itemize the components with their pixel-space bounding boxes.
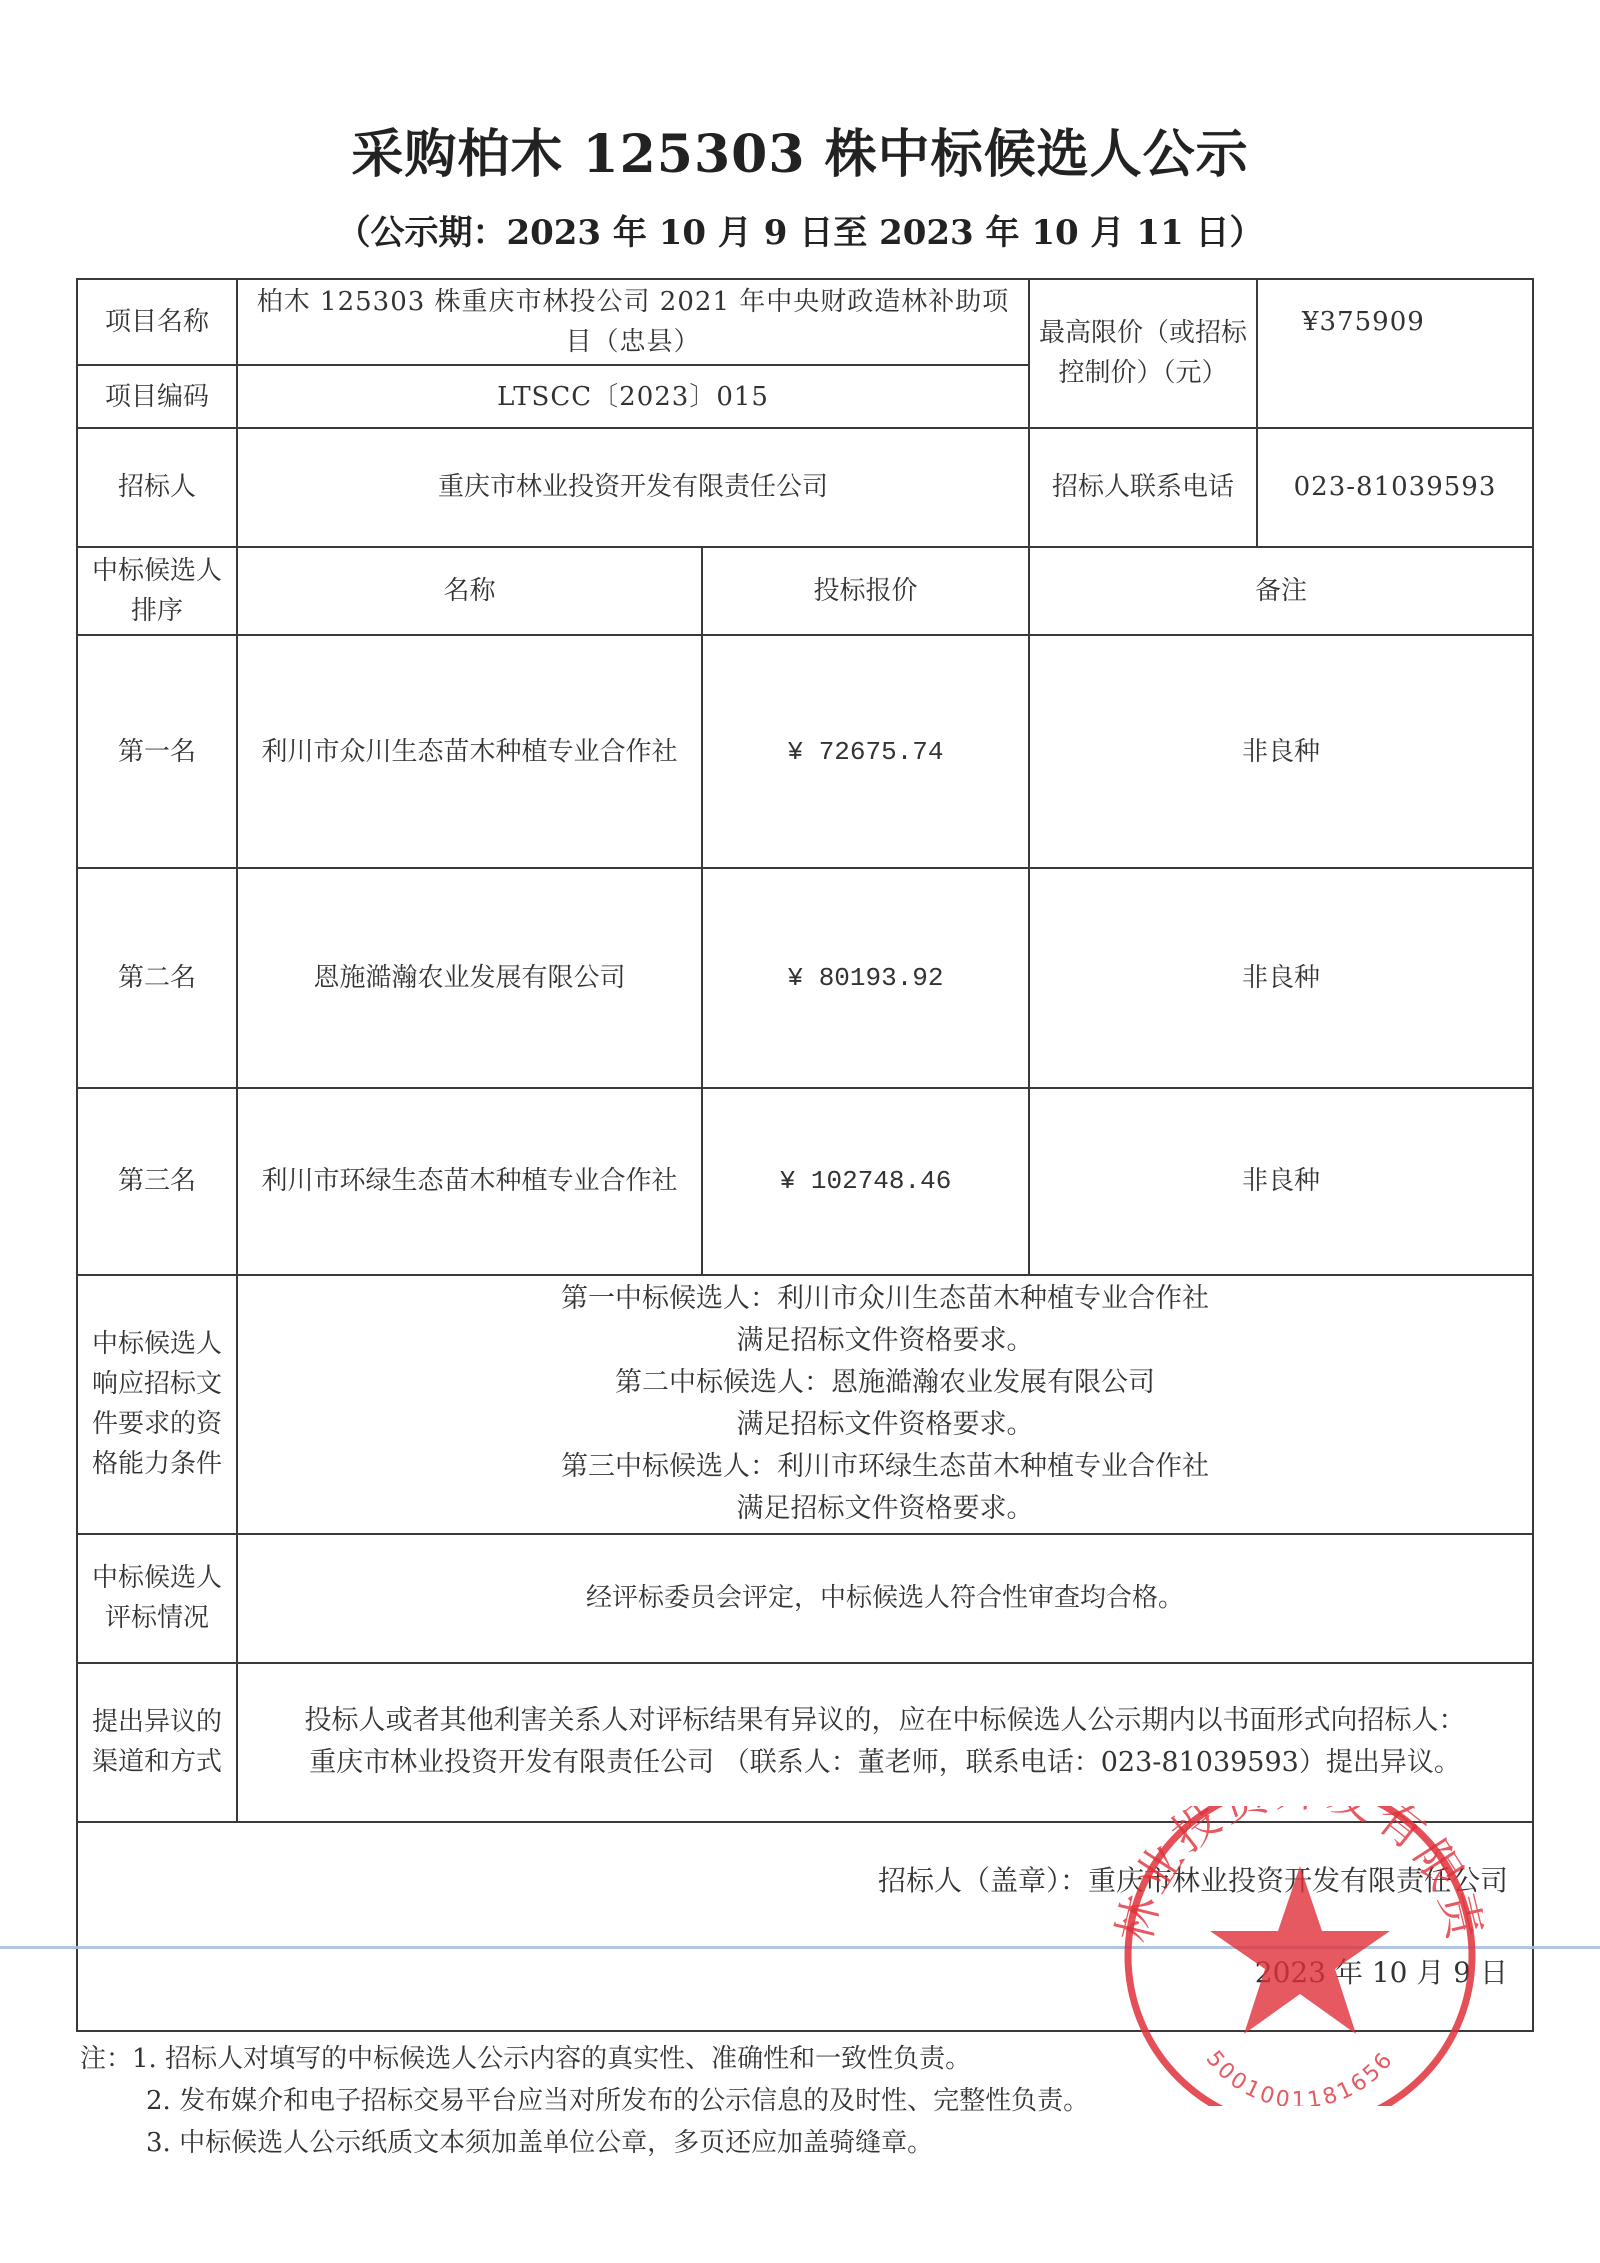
tenderer-label: 招标人 xyxy=(77,428,237,547)
note-item: 注：1. 招标人对填写的中标候选人公示内容的真实性、准确性和一致性负责。 xyxy=(80,2038,1089,2080)
objection-content: 投标人或者其他利害关系人对评标结果有异议的，应在中标候选人公示期内以书面形式向招… xyxy=(237,1663,1533,1822)
table-row: 第三名 利川市环绿生态苗木种植专业合作社 ¥ 102748.46 非良种 xyxy=(77,1088,1533,1275)
qualification-line: 满足招标文件资格要求。 xyxy=(246,1488,1524,1530)
qualification-label: 中标候选人响应招标文件要求的资格能力条件 xyxy=(77,1275,237,1534)
tenderer-phone-value: 023-81039593 xyxy=(1257,428,1533,547)
candidate-name: 恩施澔瀚农业发展有限公司 xyxy=(237,868,702,1087)
evaluation-text: 经评标委员会评定，中标候选人符合性审查均合格。 xyxy=(237,1534,1533,1663)
candidate-announcement-table: 项目名称 柏木 125303 株重庆市林投公司 2021 年中央财政造林补助项目… xyxy=(76,278,1534,2032)
header-price: 投标报价 xyxy=(702,547,1029,636)
scan-artifact-line xyxy=(0,1946,1600,1949)
candidate-note: 非良种 xyxy=(1029,868,1533,1087)
notes-prefix: 注： xyxy=(80,2044,132,2074)
table-row: 第一名 利川市众川生态苗木种植专业合作社 ¥ 72675.74 非良种 xyxy=(77,635,1533,868)
objection-label: 提出异议的渠道和方式 xyxy=(77,1663,237,1822)
header-note: 备注 xyxy=(1029,547,1533,636)
svg-text:5001001181656: 5001001181656 xyxy=(1201,2046,1400,2106)
project-name-value: 柏木 125303 株重庆市林投公司 2021 年中央财政造林补助项目（忠县） xyxy=(237,279,1029,365)
candidate-price: ¥ 80193.92 xyxy=(702,868,1029,1087)
project-code-value: LTSCC〔2023〕015 xyxy=(237,365,1029,427)
candidate-note: 非良种 xyxy=(1029,635,1533,868)
project-code-label: 项目编码 xyxy=(77,365,237,427)
note-item: 3. 中标候选人公示纸质文本须加盖单位公章，多页还应加盖骑缝章。 xyxy=(80,2122,1089,2164)
max-price-value: ¥375909 xyxy=(1257,279,1533,428)
qualification-line: 第一中标候选人：利川市众川生态苗木种植专业合作社 xyxy=(246,1278,1524,1320)
qualification-line: 满足招标文件资格要求。 xyxy=(246,1404,1524,1446)
seal-line: 招标人（盖章）：重庆市林业投资开发有限责任公司 xyxy=(878,1861,1508,1901)
objection-line-2: 重庆市林业投资开发有限责任公司 （联系人：董老师，联系电话：023-810395… xyxy=(246,1742,1524,1784)
candidate-name: 利川市众川生态苗木种植专业合作社 xyxy=(237,635,702,868)
signature-block: 招标人（盖章）：重庆市林业投资开发有限责任公司 2023 年 10 月 9 日 xyxy=(77,1822,1533,2031)
max-price-label: 最高限价（或招标控制价）（元） xyxy=(1029,279,1257,428)
candidate-price: ¥ 102748.46 xyxy=(702,1088,1029,1275)
project-name-label: 项目名称 xyxy=(77,279,237,365)
objection-line-1: 投标人或者其他利害关系人对评标结果有异议的，应在中标候选人公示期内以书面形式向招… xyxy=(246,1700,1524,1742)
header-name: 名称 xyxy=(237,547,702,636)
qualification-line: 第三中标候选人：利川市环绿生态苗木种植专业合作社 xyxy=(246,1446,1524,1488)
candidate-rank: 第三名 xyxy=(77,1088,237,1275)
table-row: 第二名 恩施澔瀚农业发展有限公司 ¥ 80193.92 非良种 xyxy=(77,868,1533,1087)
candidate-note: 非良种 xyxy=(1029,1088,1533,1275)
signature-date: 2023 年 10 月 9 日 xyxy=(1255,1953,1508,1993)
tenderer-phone-label: 招标人联系电话 xyxy=(1029,428,1257,547)
stamp-number: 5001001181656 xyxy=(1201,2046,1400,2106)
candidate-name: 利川市环绿生态苗木种植专业合作社 xyxy=(237,1088,702,1275)
evaluation-label: 中标候选人评标情况 xyxy=(77,1534,237,1663)
document-title: 采购柏木 125303 株中标候选人公示 xyxy=(0,112,1600,187)
note-text: 1. 招标人对填写的中标候选人公示内容的真实性、准确性和一致性负责。 xyxy=(132,2044,971,2074)
header-rank: 中标候选人排序 xyxy=(77,547,237,636)
qualification-content: 第一中标候选人：利川市众川生态苗木种植专业合作社 满足招标文件资格要求。 第二中… xyxy=(237,1275,1533,1534)
candidate-rank: 第一名 xyxy=(77,635,237,868)
notes-section: 注：1. 招标人对填写的中标候选人公示内容的真实性、准确性和一致性负责。 2. … xyxy=(80,2038,1089,2164)
candidate-rank: 第二名 xyxy=(77,868,237,1087)
tenderer-value: 重庆市林业投资开发有限责任公司 xyxy=(237,428,1029,547)
candidate-price: ¥ 72675.74 xyxy=(702,635,1029,868)
qualification-line: 第二中标候选人：恩施澔瀚农业发展有限公司 xyxy=(246,1362,1524,1404)
note-item: 2. 发布媒介和电子招标交易平台应当对所发布的公示信息的及时性、完整性负责。 xyxy=(80,2080,1089,2122)
qualification-line: 满足招标文件资格要求。 xyxy=(246,1320,1524,1362)
publicity-period: （公示期：2023 年 10 月 9 日至 2023 年 10 月 11 日） xyxy=(0,205,1600,254)
